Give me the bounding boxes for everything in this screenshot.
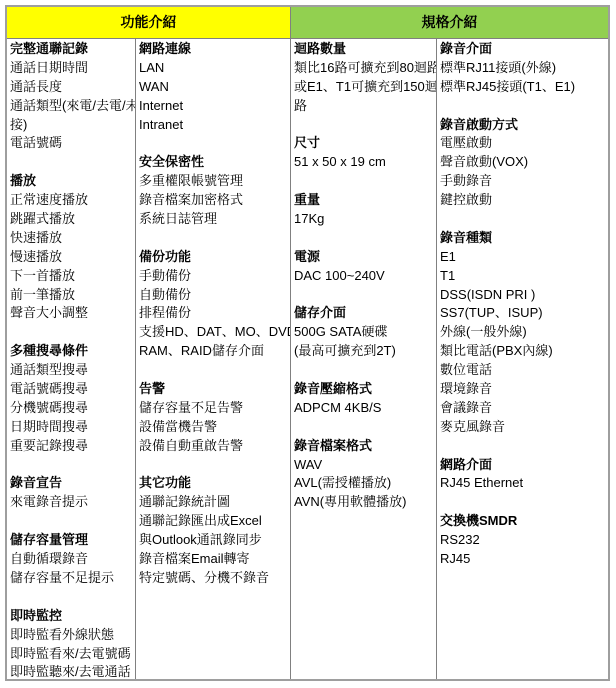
spec-line: [10, 153, 135, 172]
spec-line: [294, 116, 436, 135]
spec-line: 跳躍式播放: [10, 210, 135, 229]
section-title: 安全保密性: [139, 153, 290, 172]
section-title: 網路介面: [440, 456, 608, 475]
spec-line: 鍵控啟動: [440, 191, 608, 210]
spec-line: [139, 134, 290, 153]
spec-line: 會議錄音: [440, 399, 608, 418]
spec-line: (最高可擴充到2T): [294, 342, 436, 361]
spec-line: [139, 456, 290, 475]
spec-line: ADPCM 4KB/S: [294, 399, 436, 418]
spec-line: 自動循環錄音: [10, 550, 135, 569]
spec-line: 聲音啟動(VOX): [440, 153, 608, 172]
section-title: 備份功能: [139, 248, 290, 267]
spec-line: 麥克風錄音: [440, 418, 608, 437]
section-title: 告警: [139, 380, 290, 399]
spec-line: 電話號碼搜尋: [10, 380, 135, 399]
spec-line: [294, 172, 436, 191]
spec-line: WAN: [139, 78, 290, 97]
spec-line: 手動錄音: [440, 172, 608, 191]
spec-line: 或E1、T1可擴充到150迴: [294, 78, 436, 97]
section-title: 錄音壓縮格式: [294, 380, 436, 399]
spec-line: Intranet: [139, 116, 290, 135]
spec-line: T1: [440, 267, 608, 286]
table-header-row: 功能介紹 規格介紹: [7, 7, 608, 39]
spec-line: 多重權限帳號管理: [139, 172, 290, 191]
spec-line: 即時監看外線狀態: [10, 626, 135, 645]
spec-line: 通聯記錄統計圖: [139, 493, 290, 512]
spec-line: 特定號碼、分機不錄音: [139, 569, 290, 588]
section-title: 錄音啟動方式: [440, 116, 608, 135]
spec-line: [10, 323, 135, 342]
spec-line: 數位電話: [440, 361, 608, 380]
spec-line: [10, 456, 135, 475]
spec-line: [440, 493, 608, 512]
spec-line: 通話類型(來電/去電/未: [10, 97, 135, 116]
section-title: 交換機SMDR: [440, 512, 608, 531]
spec-line: DSS(ISDN PRI ): [440, 286, 608, 305]
section-title: 網路連線: [139, 40, 290, 59]
table-body: 完整通聯記錄通話日期時間通話長度通話類型(來電/去電/未接)電話號碼 播放正常速…: [7, 39, 608, 679]
spec-line: 標準RJ45接頭(T1、E1): [440, 78, 608, 97]
spec-line: 500G SATA硬碟: [294, 323, 436, 342]
section-title: 播放: [10, 172, 135, 191]
spec-line: 通聯記錄匯出成Excel: [139, 512, 290, 531]
section-title: 錄音宣告: [10, 474, 135, 493]
spec-line: [10, 512, 135, 531]
spec-line: 接): [10, 116, 135, 135]
section-title: 完整通聯記錄: [10, 40, 135, 59]
spec-line: 系統日誌管理: [139, 210, 290, 229]
spec-line: 錄音檔案Email轉寄: [139, 550, 290, 569]
spec-line: 正常速度播放: [10, 191, 135, 210]
spec-line: RS232: [440, 531, 608, 550]
column-specs-1: 迴路數量類比16路可擴充到80迴路或E1、T1可擴充到150迴路 尺寸51 x …: [291, 39, 437, 679]
spec-line: LAN: [139, 59, 290, 78]
spec-line: 電話號碼: [10, 134, 135, 153]
spec-line: 儲存容量不足告警: [139, 399, 290, 418]
spec-line: 路: [294, 97, 436, 116]
column-features-2: 網路連線LANWANInternetIntranet 安全保密性多重權限帳號管理…: [136, 39, 291, 679]
spec-line: 慢速播放: [10, 248, 135, 267]
spec-line: 類比電話(PBX內線): [440, 342, 608, 361]
spec-line: 聲音大小調整: [10, 304, 135, 323]
section-title: 錄音檔案格式: [294, 437, 436, 456]
spec-line: 快速播放: [10, 229, 135, 248]
spec-line: 通話長度: [10, 78, 135, 97]
spec-line: [294, 418, 436, 437]
spec-line: [440, 437, 608, 456]
spec-line: 與Outlook通訊錄同步: [139, 531, 290, 550]
section-title: 重量: [294, 191, 436, 210]
section-title: 錄音介面: [440, 40, 608, 59]
section-title: 多種搜尋條件: [10, 342, 135, 361]
section-title: 尺寸: [294, 134, 436, 153]
spec-line: DAC 100~240V: [294, 267, 436, 286]
section-title: 其它功能: [139, 474, 290, 493]
spec-line: 即時監聽來/去電通話: [10, 663, 135, 679]
spec-line: 日期時間搜尋: [10, 418, 135, 437]
section-title: 迴路數量: [294, 40, 436, 59]
spec-line: 手動備份: [139, 267, 290, 286]
spec-line: 排程備份: [139, 304, 290, 323]
spec-line: 設備當機告警: [139, 418, 290, 437]
section-title: 儲存容量管理: [10, 531, 135, 550]
spec-line: [294, 229, 436, 248]
spec-line: AVL(需授權播放): [294, 474, 436, 493]
spec-line: 來電錄音提示: [10, 493, 135, 512]
column-features-1: 完整通聯記錄通話日期時間通話長度通話類型(來電/去電/未接)電話號碼 播放正常速…: [7, 39, 136, 679]
column-specs-2: 錄音介面標準RJ11接頭(外線)標準RJ45接頭(T1、E1) 錄音啟動方式電壓…: [437, 39, 608, 679]
section-title: 電源: [294, 248, 436, 267]
spec-line: 外線(一般外線): [440, 323, 608, 342]
spec-line: WAV: [294, 456, 436, 475]
spec-line: 標準RJ11接頭(外線): [440, 59, 608, 78]
spec-line: Internet: [139, 97, 290, 116]
section-title: 即時監控: [10, 607, 135, 626]
spec-line: 下一首播放: [10, 267, 135, 286]
spec-line: [10, 588, 135, 607]
spec-line: RAM、RAID儲存介面: [139, 342, 290, 361]
spec-section-header: 規格介紹: [291, 7, 608, 38]
spec-line: 分機號碼搜尋: [10, 399, 135, 418]
spec-line: [139, 229, 290, 248]
spec-line: [139, 361, 290, 380]
spec-sheet-table: 功能介紹 規格介紹 完整通聯記錄通話日期時間通話長度通話類型(來電/去電/未接)…: [5, 5, 610, 681]
spec-line: [294, 361, 436, 380]
spec-line: RJ45 Ethernet: [440, 474, 608, 493]
spec-line: SS7(TUP、ISUP): [440, 304, 608, 323]
spec-line: 17Kg: [294, 210, 436, 229]
spec-line: 通話日期時間: [10, 59, 135, 78]
spec-line: 設備自動重啟告警: [139, 437, 290, 456]
section-title: 儲存介面: [294, 304, 436, 323]
spec-line: 環境錄音: [440, 380, 608, 399]
spec-line: 自動備份: [139, 286, 290, 305]
spec-line: [440, 210, 608, 229]
spec-line: [440, 97, 608, 116]
spec-line: 前一筆播放: [10, 286, 135, 305]
spec-line: 錄音檔案加密格式: [139, 191, 290, 210]
section-title: 錄音種類: [440, 229, 608, 248]
spec-line: 類比16路可擴充到80迴路: [294, 59, 436, 78]
spec-line: 通話類型搜尋: [10, 361, 135, 380]
spec-line: 電壓啟動: [440, 134, 608, 153]
spec-line: 支援HD、DAT、MO、DVD: [139, 323, 290, 342]
spec-line: 儲存容量不足提示: [10, 569, 135, 588]
function-section-header: 功能介紹: [7, 7, 291, 38]
spec-line: [294, 286, 436, 305]
spec-line: 重要記錄搜尋: [10, 437, 135, 456]
spec-line: RJ45: [440, 550, 608, 569]
spec-line: AVN(專用軟體播放): [294, 493, 436, 512]
spec-line: E1: [440, 248, 608, 267]
spec-line: 即時監看來/去電號碼: [10, 645, 135, 664]
spec-line: 51 x 50 x 19 cm: [294, 153, 436, 172]
